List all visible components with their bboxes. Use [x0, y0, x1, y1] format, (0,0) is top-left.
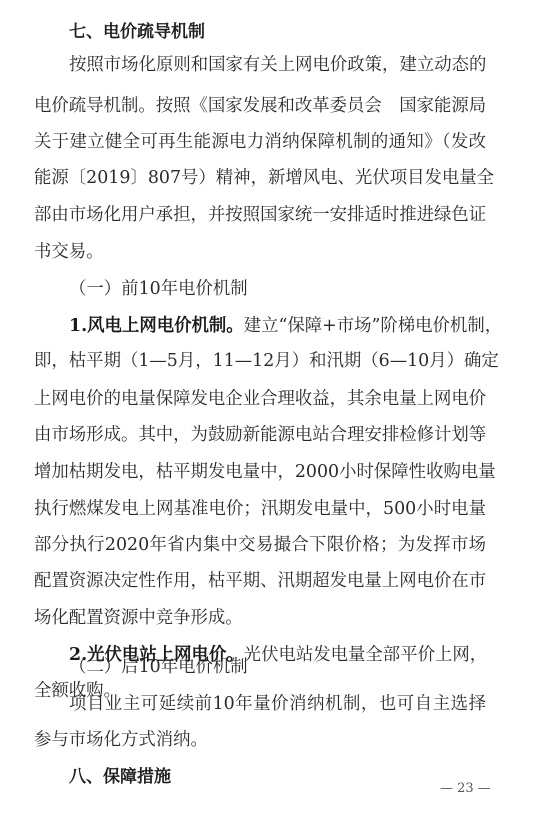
section-heading-7: 七、电价疏导机制 [34, 17, 486, 47]
paragraph-line: 按照市场化原则和国家有关上网电价政策，建立动态的 [34, 50, 486, 80]
paragraph-line: 执行燃煤发电上网基准电价；汛期发电量中，500小时电量 [34, 494, 486, 524]
paragraph-line: 书交易。 [34, 237, 486, 267]
paragraph-line: 关于建立健全可再生能源电力消纳保障机制的通知》（发改 [34, 127, 486, 157]
paragraph-line: 场化配置资源中竞争形成。 [34, 603, 486, 633]
paragraph-line: 项目业主可延续前10年量价消纳机制，也可自主选择 [34, 689, 486, 719]
item-1-lead: 1.风电上网电价机制。 [69, 316, 244, 336]
paragraph-line: 增加枯期发电，枯平期发电量中，2000小时保障性收购电量 [34, 457, 486, 487]
paragraph-line: 部由市场化用户承担，并按照国家统一安排适时推进绿色证 [34, 200, 486, 230]
paragraph-line: 即，枯平期（1—5月，11—12月）和汛期（6—10月）确定 [34, 346, 486, 376]
subsection-heading-2: （二）后10年电价机制 [34, 652, 486, 682]
item-1-first-line-text: 建立“保障+市场”阶梯电价机制， [244, 316, 502, 336]
paragraph-line: 由市场形成。其中，为鼓励新能源电站合理安排检修计划等 [34, 420, 486, 450]
page-number: — 23 — [440, 781, 491, 796]
paragraph-line: 部分执行2020年省内集中交易撮合下限价格；为发挥市场 [34, 530, 486, 560]
paragraph-line: 电价疏导机制。按照《国家发展和改革委员会 国家能源局 [34, 91, 486, 121]
paragraph-line: 参与市场化方式消纳。 [34, 725, 486, 755]
paragraph-line: 能源〔2019〕807号）精神，新增风电、光伏项目发电量全 [34, 163, 486, 193]
paragraph-line: 配置资源决定性作用，枯平期、汛期超发电量上网电价在市 [34, 566, 486, 596]
paragraph-line: 上网电价的电量保障发电企业合理收益，其余电量上网电价 [34, 384, 486, 414]
item-1-first-line: 1.风电上网电价机制。建立“保障+市场”阶梯电价机制， [34, 311, 486, 341]
section-heading-8: 八、保障措施 [34, 762, 486, 792]
subsection-heading-1: （一）前10年电价机制 [34, 274, 486, 304]
